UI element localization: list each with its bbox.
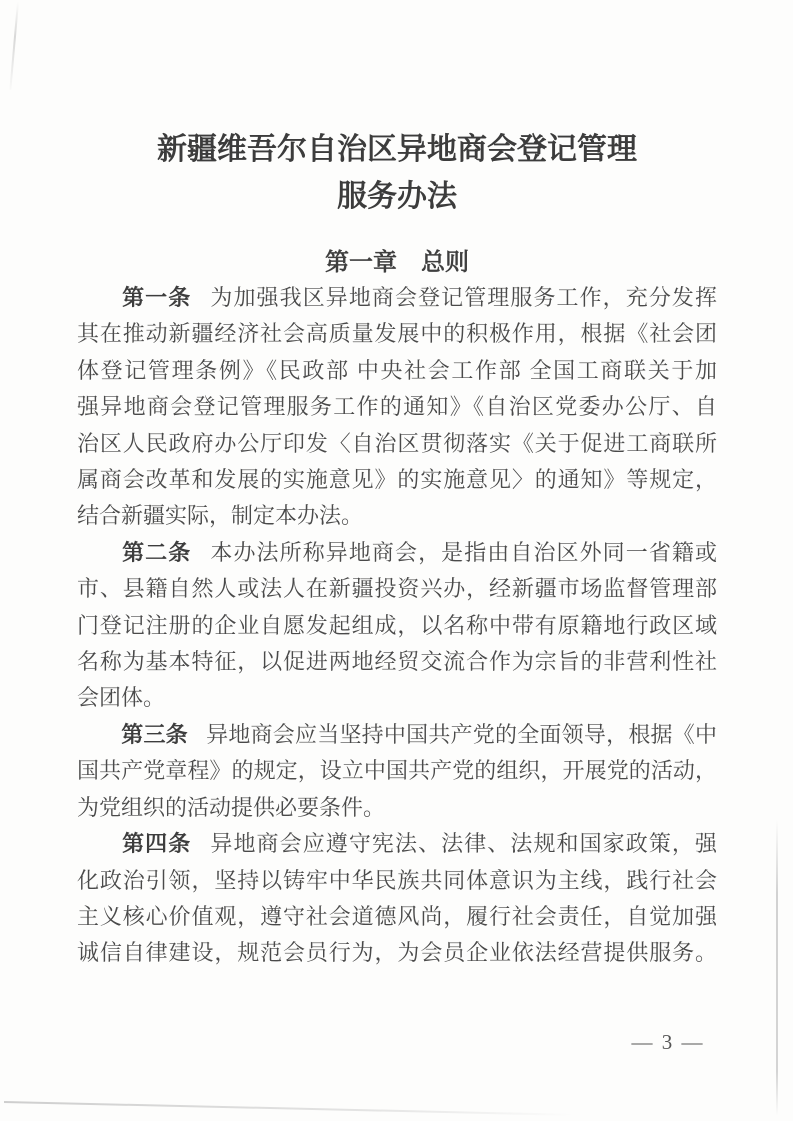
article-label: 第四条 <box>121 831 191 856</box>
article-label: 第二条 <box>121 540 191 565</box>
article-line: 诚信自律建设，规范会员行为，为会员企业依法经营提供服务。 <box>77 935 717 971</box>
article-line: 第一条为加强我区异地商会登记管理服务工作，充分发挥 <box>77 280 717 316</box>
article-line: 会团体。 <box>77 680 717 716</box>
article-line: 国共产党章程》的规定，设立中国共产党的组织，开展党的活动， <box>77 753 717 789</box>
scanned-document-page: 新疆维吾尔自治区异地商会登记管理 服务办法 第一章 总则 第一条为加强我区异地商… <box>0 0 793 1121</box>
article-line: 结合新疆实际，制定本办法。 <box>77 498 717 534</box>
article-line: 体登记管理条例》《民政部 中央社会工作部 全国工商联关于加 <box>77 353 717 389</box>
article-line: 其在推动新疆经济社会高质量发展中的积极作用，根据《社会团 <box>77 316 717 352</box>
article-line: 属商会改革和发展的实施意见》的实施意见〉的通知》等规定， <box>77 462 717 498</box>
chapter-heading: 第一章 总则 <box>77 242 717 277</box>
article-line: 主义核心价值观，遵守社会道德风尚，履行社会责任，自觉加强 <box>77 899 717 935</box>
article-line: 门登记注册的企业自愿发起组成，以名称中带有原籍地行政区域 <box>77 608 717 644</box>
article-label: 第一条 <box>121 285 191 310</box>
scan-page-edge-bottom <box>4 1101 574 1116</box>
scan-page-edge-right <box>776 820 778 1116</box>
article-line: 第四条异地商会应遵守宪法、法律、法规和国家政策，强 <box>77 826 717 862</box>
document-title-line-1: 新疆维吾尔自治区异地商会登记管理 <box>77 126 717 173</box>
article-line: 为党组织的活动提供必要条件。 <box>77 790 717 826</box>
article-line: 名称为基本特征，以促进两地经贸交流合作为宗旨的非营利性社 <box>77 644 717 680</box>
scan-scratch-artifact <box>9 2 19 90</box>
document-title-line-2: 服务办法 <box>77 173 717 220</box>
document-body: 第一条为加强我区异地商会登记管理服务工作，充分发挥其在推动新疆经济社会高质量发展… <box>77 280 717 972</box>
document-title: 新疆维吾尔自治区异地商会登记管理 服务办法 <box>77 126 717 220</box>
article-line: 第二条本办法所称异地商会，是指由自治区外同一省籍或 <box>77 535 717 571</box>
page-number: — 3 — <box>598 1030 738 1055</box>
article-line: 第三条异地商会应当坚持中国共产党的全面领导，根据《中 <box>77 717 717 753</box>
article-line: 强异地商会登记管理服务工作的通知》《自治区党委办公厅、自 <box>77 389 717 425</box>
article-line: 化政治引领，坚持以铸牢中华民族共同体意识为主线，践行社会 <box>77 863 717 899</box>
article-label: 第三条 <box>121 722 188 747</box>
article-line: 治区人民政府办公厅印发〈自治区贯彻落实《关于促进工商联所 <box>77 426 717 462</box>
article-line: 市、县籍自然人或法人在新疆投资兴办，经新疆市场监督管理部 <box>77 571 717 607</box>
